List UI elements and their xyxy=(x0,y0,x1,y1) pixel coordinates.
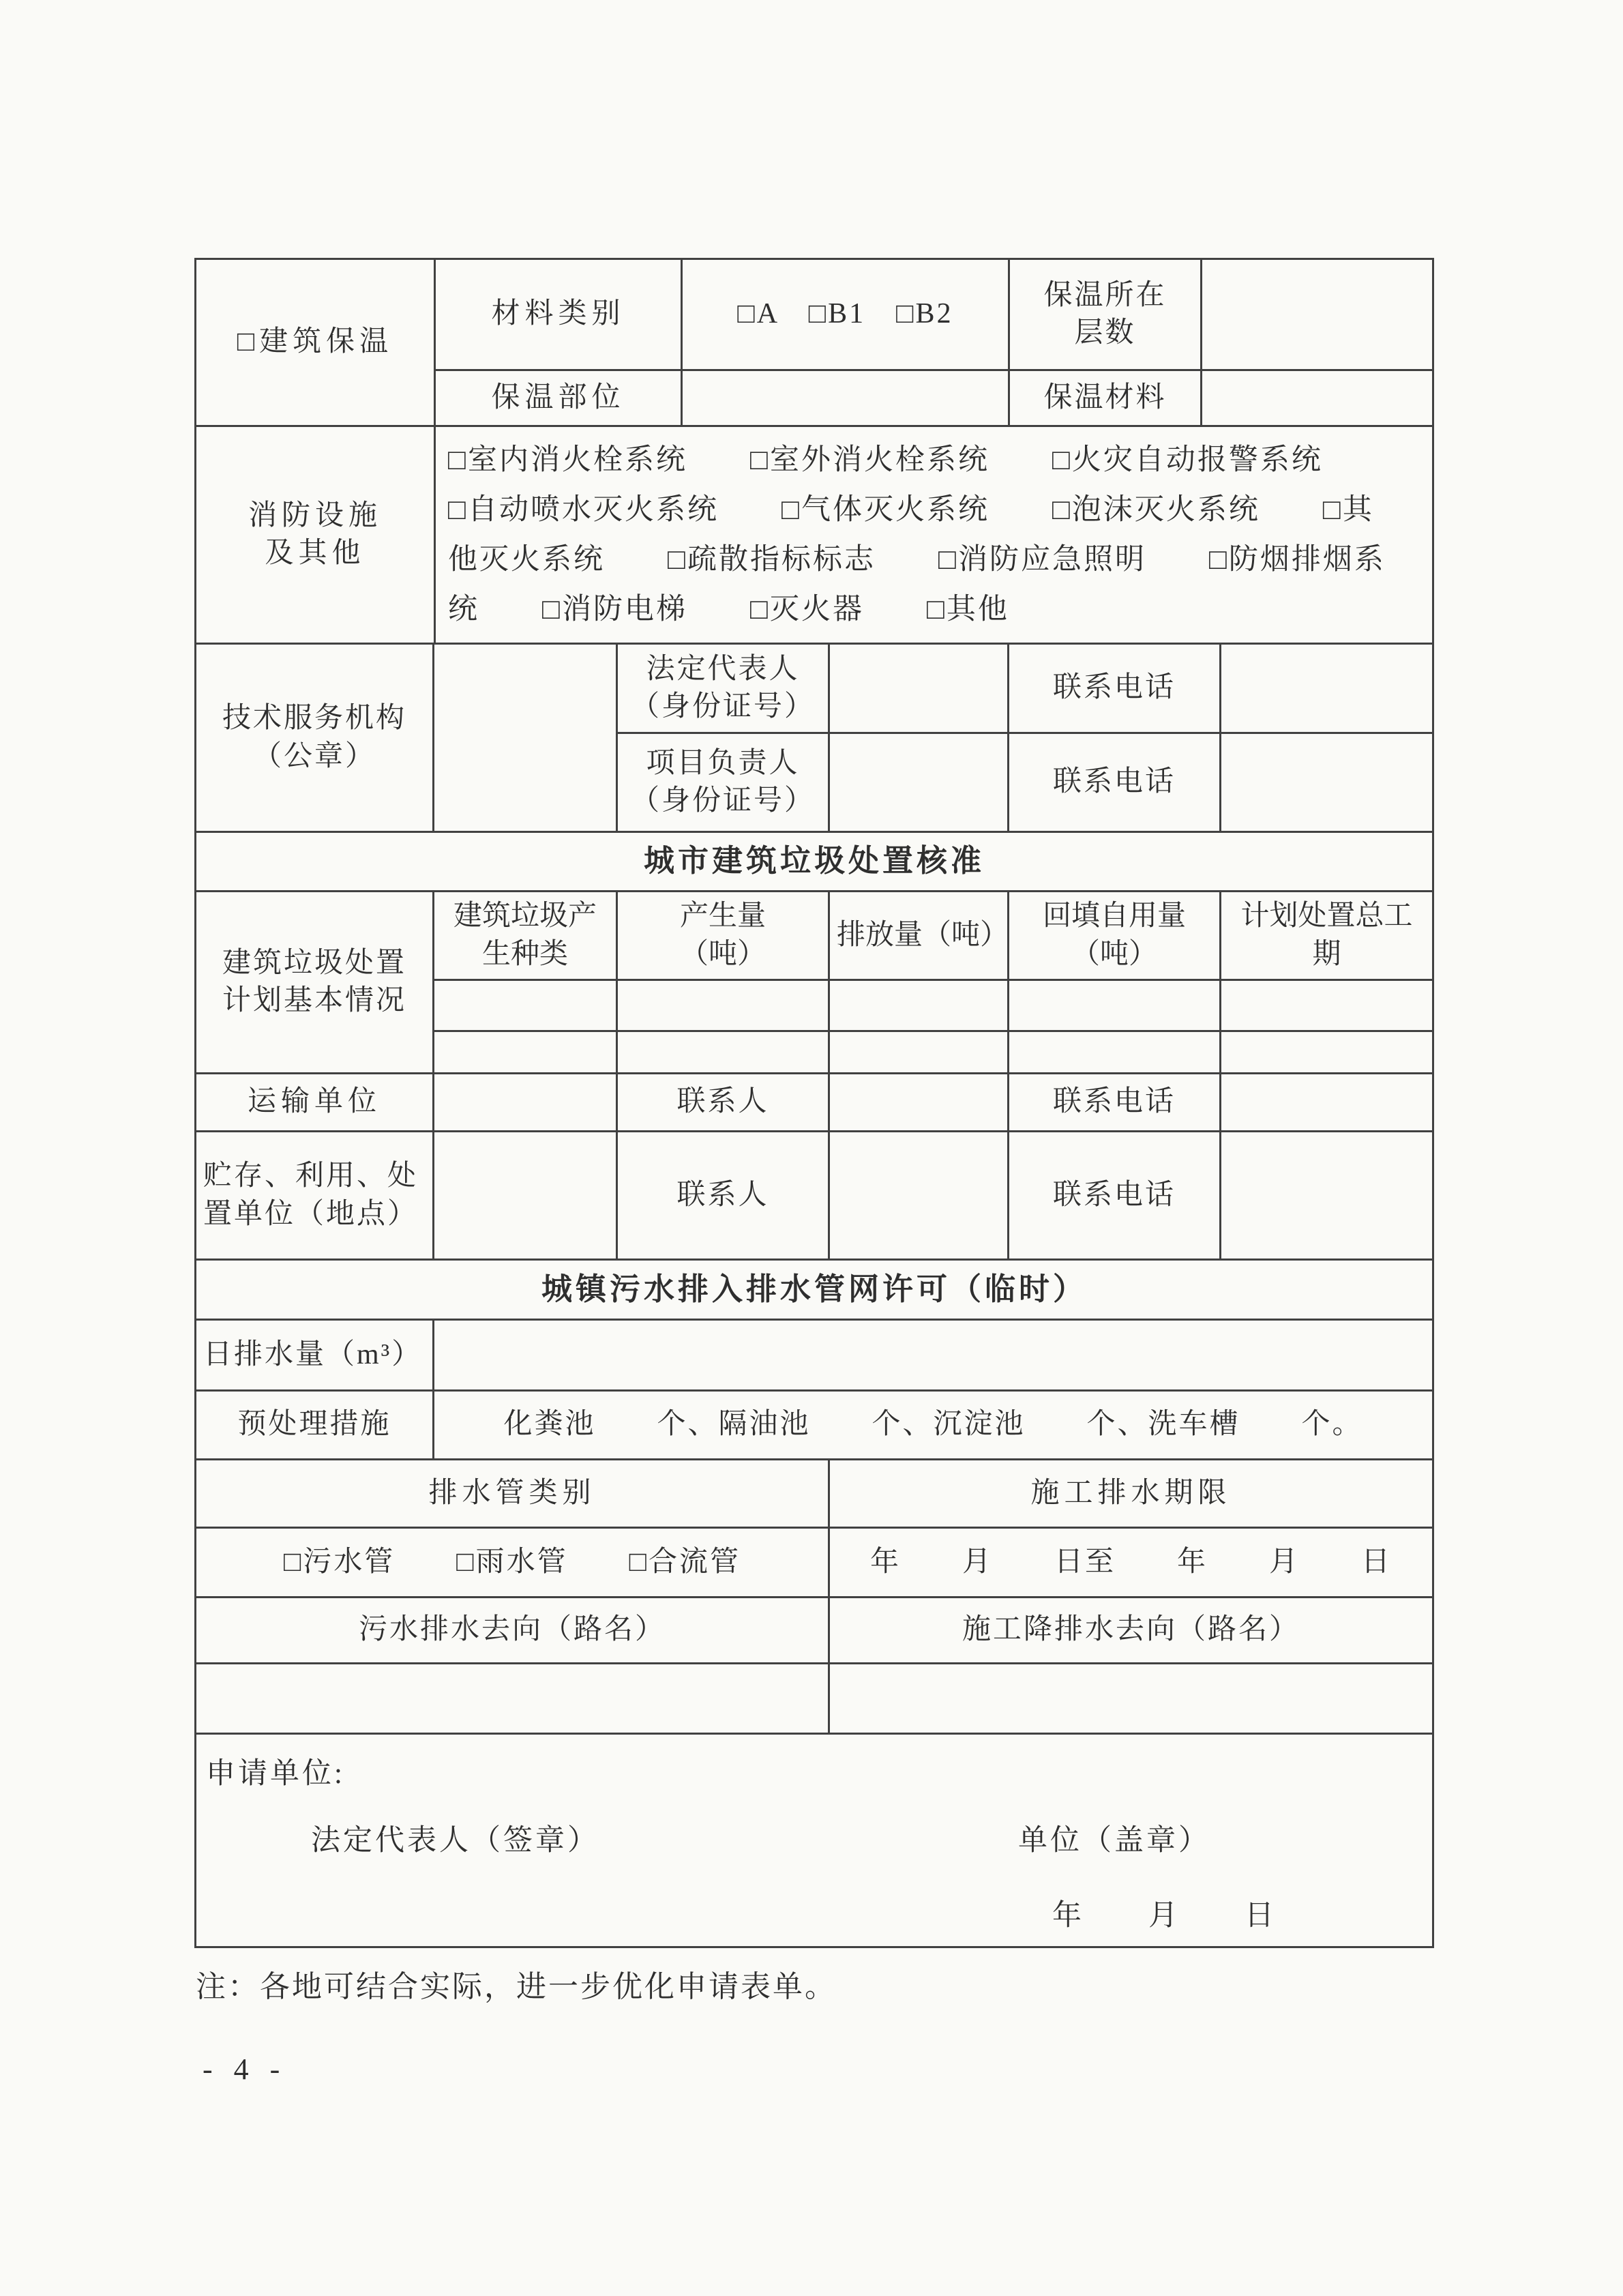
waste-row2-produced xyxy=(617,1031,829,1074)
waste-row2-discharged xyxy=(829,1031,1009,1074)
fire-options-line2: □自动喷水灭火系统 □气体灭火系统 □泡沫灭火系统 □其 xyxy=(448,485,1420,535)
sewage-title-row: 城镇污水排入排水管网许可（临时） xyxy=(194,1259,1434,1321)
waste-col-type: 建筑垃圾产 生种类 xyxy=(434,892,617,980)
daily-volume-label: 日排水量（m³） xyxy=(196,1320,434,1391)
waste-section-title: 城市建筑垃圾处置核准 xyxy=(196,832,1433,892)
sewage-pipe-section: 排水管类别 施工排水期限 □污水管 □雨水管 □合流管 年 月 日至 年 月 日… xyxy=(194,1458,1434,1735)
insulation-part-value xyxy=(682,370,1009,426)
transport-unit-value xyxy=(434,1074,617,1132)
waste-col-duration: 计划处置总工 期 xyxy=(1221,892,1433,980)
storage-unit-label: 贮存、利用、处 置单位（地点） xyxy=(196,1132,434,1260)
insulation-part-label: 保温部位 xyxy=(435,370,682,426)
waste-col-produced: 产生量 （吨） xyxy=(617,892,829,980)
daily-volume-value xyxy=(434,1320,1433,1391)
waste-row2-duration xyxy=(1221,1031,1433,1074)
tech-service-label: 技术服务机构 （公章） xyxy=(196,644,434,832)
waste-col-discharged: 排放量（吨） xyxy=(829,892,1009,980)
project-manager-value xyxy=(829,733,1009,832)
pipe-type-label: 排水管类别 xyxy=(196,1460,829,1528)
legal-rep-value xyxy=(829,644,1009,733)
transport-section: 运输单位 联系人 联系电话 贮存、利用、处 置单位（地点） 联系人 联系电话 xyxy=(194,1072,1434,1261)
material-options: □A □B1 □B2 xyxy=(682,259,1009,370)
waste-row1-duration xyxy=(1221,980,1433,1031)
fire-section-label: 消防设施 及其他 xyxy=(196,426,435,644)
dewatering-direction-value xyxy=(829,1664,1433,1734)
waste-col-backfill: 回填自用量 （吨） xyxy=(1009,892,1221,980)
footer-note: 注：各地可结合实际，进一步优化申请表单。 xyxy=(196,1962,837,2005)
application-signature-cell: 申请单位: 法定代表人（签章） 单位（盖章） 年 月 日 xyxy=(196,1734,1433,1947)
project-manager-phone-label: 联系电话 xyxy=(1009,733,1221,832)
sewage-direction-label: 污水排水去向（路名） xyxy=(196,1598,829,1664)
page-number: - 4 - xyxy=(203,2052,286,2087)
waste-row2-type xyxy=(434,1031,617,1074)
insulation-layer-label: 保温所在 层数 xyxy=(1009,259,1202,370)
fire-options-cell: □室内消火栓系统 □室外消火栓系统 □火灾自动报警系统 □自动喷水灭火系统 □气… xyxy=(435,426,1433,644)
sewage-section-title: 城镇污水排入排水管网许可（临时） xyxy=(196,1260,1433,1320)
waste-row1-type xyxy=(434,980,617,1031)
transport-phone-value xyxy=(1221,1074,1433,1132)
tech-service-section: 技术服务机构 （公章） 法定代表人 （身份证号） 联系电话 项目负责人 （身份证… xyxy=(194,643,1434,833)
fire-section: 消防设施 及其他 □室内消火栓系统 □室外消火栓系统 □火灾自动报警系统 □自动… xyxy=(194,425,1434,645)
dewatering-direction-label: 施工降排水去向（路名） xyxy=(829,1598,1433,1664)
waste-row1-discharged xyxy=(829,980,1009,1031)
waste-plan-section: 建筑垃圾处置 计划基本情况 建筑垃圾产 生种类 产生量 （吨） 排放量（吨） 回… xyxy=(194,890,1434,1074)
transport-phone-label: 联系电话 xyxy=(1009,1074,1221,1132)
project-manager-phone-value xyxy=(1221,733,1433,832)
sewage-volume-section: 日排水量（m³） 预处理措施 化粪池 个、隔油池 个、沉淀池 个、洗车槽 个。 xyxy=(194,1319,1434,1460)
storage-unit-value xyxy=(434,1132,617,1260)
legal-rep-phone-label: 联系电话 xyxy=(1009,644,1221,733)
legal-rep-label: 法定代表人 （身份证号） xyxy=(617,644,829,733)
insulation-section: □建筑保温 材料类别 □A □B1 □B2 保温所在 层数 保温部位 保温材料 xyxy=(194,258,1434,427)
waste-plan-label: 建筑垃圾处置 计划基本情况 xyxy=(196,892,434,1074)
legal-rep-signature-label: 法定代表人（签章） xyxy=(311,1822,599,1861)
waste-row1-produced xyxy=(617,980,829,1031)
drainage-period-label: 施工排水期限 xyxy=(829,1460,1433,1528)
transport-contact-value xyxy=(829,1074,1009,1132)
insulation-layer-value xyxy=(1202,259,1433,370)
waste-row2-backfill xyxy=(1009,1031,1221,1074)
application-form: □建筑保温 材料类别 □A □B1 □B2 保温所在 层数 保温部位 保温材料 … xyxy=(194,258,1432,1948)
application-signature-section: 申请单位: 法定代表人（签章） 单位（盖章） 年 月 日 xyxy=(194,1733,1434,1948)
transport-contact-label: 联系人 xyxy=(617,1074,829,1132)
material-type-label: 材料类别 xyxy=(435,259,682,370)
applicant-unit-label: 申请单位: xyxy=(206,1755,345,1794)
insulation-category-cell: □建筑保温 xyxy=(196,259,435,426)
insulation-material-value xyxy=(1202,370,1433,426)
storage-phone-label: 联系电话 xyxy=(1009,1132,1221,1260)
legal-rep-phone-value xyxy=(1221,644,1433,733)
storage-contact-label: 联系人 xyxy=(617,1132,829,1260)
pipe-type-options: □污水管 □雨水管 □合流管 xyxy=(196,1528,829,1598)
transport-unit-label: 运输单位 xyxy=(196,1074,434,1132)
pretreatment-label: 预处理措施 xyxy=(196,1391,434,1460)
unit-seal-label: 单位（盖章） xyxy=(1018,1822,1210,1861)
fire-options-line4: 统 □消防电梯 □灭火器 □其他 xyxy=(448,585,1420,634)
sewage-direction-value xyxy=(196,1664,829,1734)
insulation-material-label: 保温材料 xyxy=(1009,370,1202,426)
project-manager-label: 项目负责人 （身份证号） xyxy=(617,733,829,832)
waste-row1-backfill xyxy=(1009,980,1221,1031)
fire-options-line1: □室内消火栓系统 □室外消火栓系统 □火灾自动报警系统 xyxy=(448,435,1420,485)
fire-options-line3: 他灭火系统 □疏散指标标志 □消防应急照明 □防烟排烟系 xyxy=(448,535,1420,585)
pretreatment-value: 化粪池 个、隔油池 个、沉淀池 个、洗车槽 个。 xyxy=(434,1391,1433,1460)
storage-contact-value xyxy=(829,1132,1009,1260)
waste-title-row: 城市建筑垃圾处置核准 xyxy=(194,831,1434,892)
storage-phone-value xyxy=(1221,1132,1433,1260)
signature-date-label: 年 月 日 xyxy=(1052,1897,1277,1936)
tech-service-stamp-cell xyxy=(434,644,617,832)
drainage-period-value: 年 月 日至 年 月 日 xyxy=(829,1528,1433,1598)
